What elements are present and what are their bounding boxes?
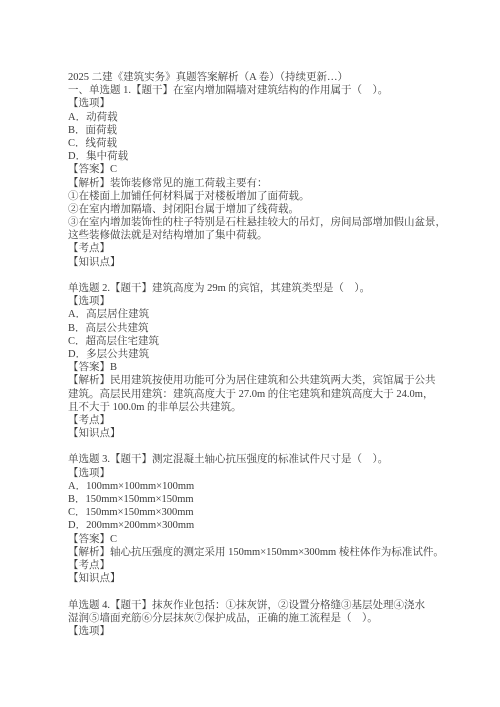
answer-line: 【答案】C — [68, 533, 450, 546]
option-d: D．集中荷载 — [68, 150, 450, 163]
option-b: B．150mm×150mm×150mm — [68, 493, 450, 506]
analysis-line: 【解析】民用建筑按使用功能可分为居住建筑和公共建筑两大类，宾馆属于公共 — [68, 374, 450, 387]
question-stem: 单选题 3.【题干】测定混凝土轴心抗压强度的标准试件尺寸是（ ）。 — [68, 453, 450, 466]
question-block-2: 单选题 2.【题干】建筑高度为 29m 的宾馆，其建筑类型是（ ）。 【选项】 … — [68, 282, 450, 440]
question-block-1: 一、单选题 1.【题干】在室内增加隔墙对建筑结构的作用属于（ ）。 【选项】 A… — [68, 84, 450, 269]
zhishidian-label: 【知识点】 — [68, 256, 450, 269]
exam-answer-document: 2025 二建《建筑实务》真题答案解析（A 卷）（持续更新…） 一、单选题 1.… — [0, 0, 500, 707]
options-label: 【选项】 — [68, 97, 450, 110]
analysis-line: ③在室内增加装饰性的柱子特别是石柱悬挂较大的吊灯，房间局部增加假山盆景， — [68, 216, 450, 229]
analysis-line: ②在室内增加隔墙、封闭阳台属于增加了线荷载。 — [68, 203, 450, 216]
question-stem: 湿润⑤墙面充筋⑥分层抹灰⑦保护成品，正确的施工流程是（ ）。 — [68, 612, 450, 625]
answer-line: 【答案】B — [68, 361, 450, 374]
option-c: C．线荷载 — [68, 137, 450, 150]
question-block-3: 单选题 3.【题干】测定混凝土轴心抗压强度的标准试件尺寸是（ ）。 【选项】 A… — [68, 453, 450, 585]
question-block-4: 单选题 4.【题干】抹灰作业包括：①抹灰饼，②设置分格缝③基层处理④浇水 湿润⑤… — [68, 599, 450, 639]
analysis-line: ①在楼面上加铺任何材料属于对楼板增加了面荷载。 — [68, 190, 450, 203]
option-c: C．150mm×150mm×300mm — [68, 506, 450, 519]
zhishidian-label: 【知识点】 — [68, 427, 450, 440]
kaodian-label: 【考点】 — [68, 414, 450, 427]
document-title: 2025 二建《建筑实务》真题答案解析（A 卷）（持续更新…） — [68, 71, 450, 84]
options-label: 【选项】 — [68, 467, 450, 480]
option-d: D．200mm×200mm×300mm — [68, 519, 450, 532]
analysis-line: 且不大于 100.0m 的非单层公共建筑。 — [68, 401, 450, 414]
question-stem: 单选题 4.【题干】抹灰作业包括：①抹灰饼，②设置分格缝③基层处理④浇水 — [68, 599, 450, 612]
option-b: B．高层公共建筑 — [68, 322, 450, 335]
option-a: A．100mm×100mm×100mm — [68, 480, 450, 493]
analysis-line: 【解析】轴心抗压强度的测定采用 150mm×150mm×300mm 棱柱体作为标… — [68, 546, 450, 559]
options-label: 【选项】 — [68, 295, 450, 308]
analysis-line: 建筑。高层民用建筑：建筑高度大于 27.0m 的住宅建筑和建筑高度大于 24.0… — [68, 388, 450, 401]
question-stem: 单选题 2.【题干】建筑高度为 29m 的宾馆，其建筑类型是（ ）。 — [68, 282, 450, 295]
option-d: D．多层公共建筑 — [68, 348, 450, 361]
option-b: B．面荷载 — [68, 124, 450, 137]
options-label: 【选项】 — [68, 625, 450, 638]
question-stem: 一、单选题 1.【题干】在室内增加隔墙对建筑结构的作用属于（ ）。 — [68, 84, 450, 97]
option-a: A．动荷载 — [68, 111, 450, 124]
option-a: A．高层居住建筑 — [68, 308, 450, 321]
analysis-line: 这些装修做法就是对结构增加了集中荷载。 — [68, 229, 450, 242]
kaodian-label: 【考点】 — [68, 559, 450, 572]
option-c: C．超高层住宅建筑 — [68, 335, 450, 348]
zhishidian-label: 【知识点】 — [68, 572, 450, 585]
answer-line: 【答案】C — [68, 163, 450, 176]
analysis-line: 【解析】装饰装修常见的施工荷载主要有： — [68, 177, 450, 190]
kaodian-label: 【考点】 — [68, 242, 450, 255]
